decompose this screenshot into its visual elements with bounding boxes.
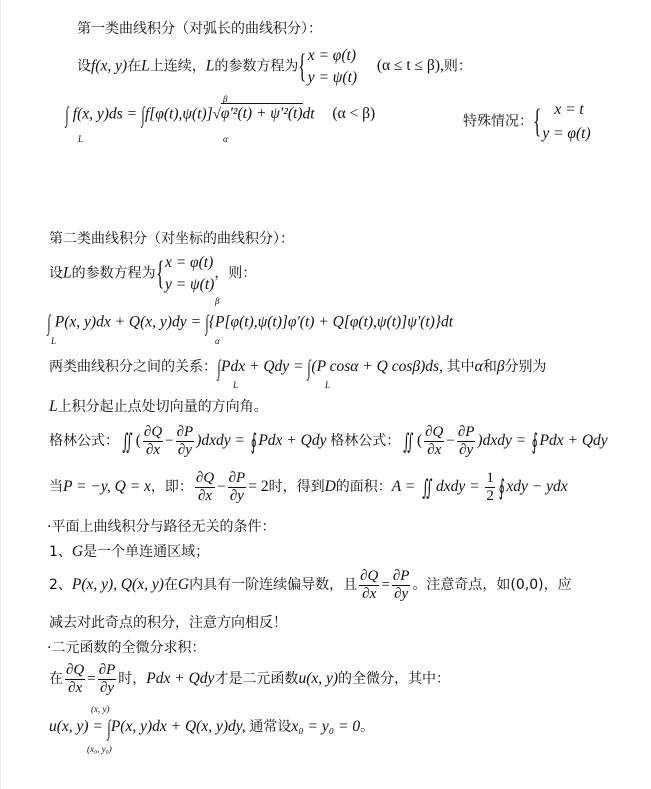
denominator: ∂y — [457, 442, 476, 459]
denominator: 2 — [485, 488, 495, 505]
system-eq-y: y = ψ(t) — [165, 274, 214, 296]
formula-rhs: f[φ(t),ψ(t)] — [145, 105, 213, 122]
lower-limit: L — [233, 380, 238, 390]
math-expr: Pdx + Qdy — [146, 670, 214, 687]
text: 其中 — [447, 359, 475, 375]
contour-integral-sign: ∮ — [532, 431, 538, 453]
relation-line-2: L上积分起止点处切向量的方向角。 — [49, 396, 268, 416]
fraction-dPdy: ∂P∂y — [228, 470, 247, 506]
contour-integral-sign: ∮ — [250, 431, 256, 453]
path-independence-title: ·平面上曲线积分与路径无关的条件： — [47, 516, 275, 536]
left-brace: { — [533, 105, 541, 139]
math-A: A = — [392, 478, 419, 495]
text: 上连续， — [150, 58, 206, 74]
text: 在 — [127, 58, 141, 74]
green-label: 格林公式： — [49, 433, 119, 449]
integral-sign: ∫ — [217, 357, 220, 379]
text: 和 — [483, 359, 497, 375]
special-case: 特殊情况：{x = ty = φ(t) — [463, 98, 591, 146]
denominator: ∂x — [65, 680, 85, 697]
integral-sign: ∫ — [107, 717, 110, 739]
param-system: x = φ(t)y = ψ(t) — [165, 252, 214, 296]
text: 在 — [164, 577, 178, 593]
math-L: L — [49, 398, 58, 415]
denominator: ∂y — [228, 488, 247, 505]
text: 当 — [49, 479, 63, 495]
lower-limit: α — [223, 134, 228, 144]
text: 。注意奇点，如(0,0)，应 — [412, 577, 571, 593]
text: 在 — [49, 671, 63, 687]
formula-lhs-tail: )dxdy = — [477, 432, 530, 449]
fraction-dPdy: ∂P∂y — [457, 424, 476, 460]
minus: − — [446, 433, 454, 449]
math-beta: β — [497, 358, 505, 375]
section2-title: 第二类曲线积分（对坐标的曲线积分）： — [49, 228, 294, 248]
section1-title: 第一类曲线积分（对弧长的曲线积分）： — [77, 18, 322, 38]
green-formula: 格林公式：∬(∂Q∂x−∂P∂y)dxdy = ∮Pdx + Qdy — [49, 433, 330, 449]
condition-1: 1、G是一个单连通区域； — [49, 541, 209, 561]
text: 设 — [49, 265, 63, 281]
total-differential-line: 在∂Q∂x=∂P∂y时，Pdx + Qdy才是二元函数u(x, y)的全微分，其… — [49, 662, 450, 698]
list-number: 2、 — [49, 577, 72, 593]
math-G: G — [178, 576, 189, 593]
formula-rhs: Pdx + Qdy — [540, 432, 608, 449]
text: 的参数方程为 — [214, 58, 298, 74]
text: 内具有一阶连续偏导数，且 — [189, 577, 357, 593]
text: 。 — [360, 719, 374, 735]
relation-lhs: Pdx + Qdy = — [221, 358, 307, 375]
section1-arc-length-formula: ∫L f(x, y)ds = ∫βαf[φ(t),ψ(t)]√φ'²(t) + … — [65, 104, 375, 126]
text: 的全微分，其中： — [338, 671, 450, 687]
numerator: ∂P — [98, 662, 117, 680]
fraction-dPdy: ∂P∂y — [98, 662, 117, 698]
relation-rhs: (P cosα + Q cosβ)ds, — [311, 358, 443, 375]
area-rhs: xdy − ydx — [506, 478, 567, 495]
fraction-dQdx: ∂Q∂x — [143, 424, 163, 460]
denominator: ∂x — [359, 586, 379, 603]
fraction-dPdy: ∂P∂y — [392, 568, 411, 604]
text: 分别为 — [505, 359, 547, 375]
text: 时， — [118, 671, 146, 687]
lower-limit: α — [215, 336, 220, 346]
u-formula-line: u(x, y) = ∫(x, y)(x₀, y₀)P(x, y)dx + Q(x… — [49, 716, 374, 739]
text: 则： — [444, 58, 472, 74]
dxdy: dxdy = — [436, 478, 483, 495]
upper-limit: (x, y) — [91, 704, 109, 714]
math-L: L — [141, 57, 150, 74]
numerator: 1 — [485, 470, 495, 488]
text: 的参数方程为 — [72, 265, 156, 281]
relation-label: 两类曲线积分之间的关系： — [49, 359, 217, 375]
lower-limit: L — [325, 380, 330, 390]
double-integral-sign: ∬ — [122, 431, 132, 453]
math-u: u(x, y) — [298, 670, 338, 687]
denominator: ∂x — [143, 442, 163, 459]
text: 上积分起止点处切向量的方向角。 — [58, 399, 268, 415]
numerator: ∂P — [392, 568, 411, 586]
fraction-dQdx: ∂Q∂x — [195, 470, 215, 506]
condition-2: 2、P(x, y), Q(x, y)在G内具有一阶连续偏导数，且∂Q∂x=∂P∂… — [49, 568, 572, 604]
left-brace: { — [156, 257, 164, 291]
system-eq-x: x = φ(t) — [165, 252, 214, 274]
numerator: ∂P — [457, 424, 476, 442]
integral-sign: ∫ — [141, 104, 144, 126]
green-label: 格林公式： — [330, 433, 400, 449]
paren: ( — [136, 432, 141, 449]
text: 通常设 — [249, 719, 291, 735]
formula-rhs: Pdx + Qdy — [258, 432, 326, 449]
paren: ( — [417, 432, 422, 449]
lower-limit: L — [51, 336, 56, 346]
section2-param-line: 设L的参数方程为{x = φ(t)y = ψ(t)，则： — [49, 252, 256, 296]
text: 的面积： — [336, 479, 392, 495]
denominator: ∂y — [176, 442, 195, 459]
numerator: ∂Q — [424, 424, 444, 442]
section2-coordinate-formula: ∫L P(x, y)dx + Q(x, y)dy = ∫βα{P[φ(t),ψ(… — [47, 312, 453, 334]
fraction-dQdx: ∂Q∂x — [424, 424, 444, 460]
equals-2: = 2 — [248, 478, 268, 495]
text: ，即： — [151, 479, 193, 495]
param-system: x = φ(t)y = ψ(t) — [308, 45, 357, 89]
integral-sign: ∫ — [205, 312, 208, 334]
area-formula-line: 当P = −y, Q = x，即：∂Q∂x−∂P∂y= 2时，得到D的面积：A … — [49, 470, 568, 506]
denominator: ∂y — [392, 586, 411, 603]
math-PQ: P = −y, Q = x — [63, 478, 151, 495]
fraction-half: 12 — [485, 470, 495, 506]
formula-condition: (α < β) — [332, 105, 375, 122]
green-formula-duplicate: 格林公式：∬(∂Q∂x−∂P∂y)dxdy = ∮Pdx + Qdy — [330, 433, 607, 449]
text: 设 — [77, 58, 91, 74]
special-system: x = ty = φ(t) — [542, 98, 590, 146]
system-eq-y: y = φ(t) — [542, 122, 590, 146]
integral-sign: ∫ — [308, 357, 311, 379]
formula-lhs: f(x, y)ds = — [73, 105, 141, 122]
fraction-dQdx: ∂Q∂x — [65, 662, 85, 698]
fraction-dPdy: ∂P∂y — [176, 424, 195, 460]
text: 才是二元函数 — [214, 671, 298, 687]
system-eq-y: y = ψ(t) — [308, 67, 357, 89]
formula-lhs: P(x, y)dx + Q(x, y)dy = — [55, 313, 205, 330]
math-Q: Q(x, y) — [121, 576, 164, 593]
section1-param-line: 设f(x, y)在L上连续，L的参数方程为{x = φ(t)y = ψ(t) (… — [77, 45, 472, 89]
minus: − — [217, 479, 225, 495]
double-integral-sign: ∬ — [403, 431, 413, 453]
lower-limit: (x₀, y₀) — [87, 744, 112, 754]
dt: dt — [303, 105, 315, 122]
condition-2-line2: 减去对此奇点的积分，注意方向相反！ — [49, 612, 287, 632]
formula-lhs-tail: )dxdy = — [196, 432, 249, 449]
relation-line: 两类曲线积分之间的关系：∫LPdx + Qdy = ∫L(P cosα + Q … — [49, 356, 547, 379]
text: ，则： — [214, 265, 256, 281]
numerator: ∂Q — [359, 568, 379, 586]
numerator: ∂Q — [143, 424, 163, 442]
numerator: ∂Q — [195, 470, 215, 488]
text: 是一个单连通区域； — [83, 544, 209, 560]
integral-sign: ∫ — [65, 104, 68, 126]
math-alpha: α — [475, 358, 483, 375]
list-number: 1、 — [49, 544, 72, 560]
math-G: G — [72, 543, 83, 560]
lower-limit: L — [78, 134, 83, 144]
sqrt-expr: φ'²(t) + ψ'²(t) — [221, 103, 303, 122]
math-L: L — [63, 264, 72, 281]
denominator: ∂x — [195, 488, 215, 505]
math-D: D — [325, 478, 336, 495]
param-range: (α ≤ t ≤ β), — [377, 57, 444, 74]
special-case-label: 特殊情况： — [463, 113, 533, 129]
contour-integral-sign: ∮ — [498, 477, 504, 499]
fraction-dQdx: ∂Q∂x — [359, 568, 379, 604]
system-eq-x: x = t — [542, 98, 590, 122]
double-integral-sign: ∬ — [422, 477, 432, 499]
total-differential-title: ·二元函数的全微分求积： — [47, 637, 205, 657]
integral-sign: ∫ — [47, 312, 50, 334]
green-formula-line: 格林公式：∬(∂Q∂x−∂P∂y)dxdy = ∮Pdx + Qdy 格林公式：… — [49, 424, 608, 460]
denominator: ∂x — [424, 442, 444, 459]
left-brace: { — [298, 50, 306, 84]
upper-limit: β — [223, 94, 227, 104]
numerator: ∂Q — [65, 662, 85, 680]
math-init: x₀ = y₀ = 0 — [291, 718, 360, 735]
numerator: ∂P — [176, 424, 195, 442]
u-rhs: P(x, y)dx + Q(x, y)dy, — [111, 718, 246, 735]
math-P: P(x, y), — [72, 576, 117, 593]
numerator: ∂P — [228, 470, 247, 488]
text: 时，得到 — [269, 479, 325, 495]
system-eq-x: x = φ(t) — [308, 45, 357, 67]
upper-limit: β — [215, 296, 219, 306]
formula-rhs: {P[φ(t),ψ(t)]φ'(t) + Q[φ(t),ψ(t)]ψ'(t)}d… — [209, 313, 453, 330]
math-f: f(x, y) — [91, 57, 127, 74]
u-lhs: u(x, y) = — [49, 718, 107, 735]
minus: − — [165, 433, 173, 449]
denominator: ∂y — [98, 680, 117, 697]
